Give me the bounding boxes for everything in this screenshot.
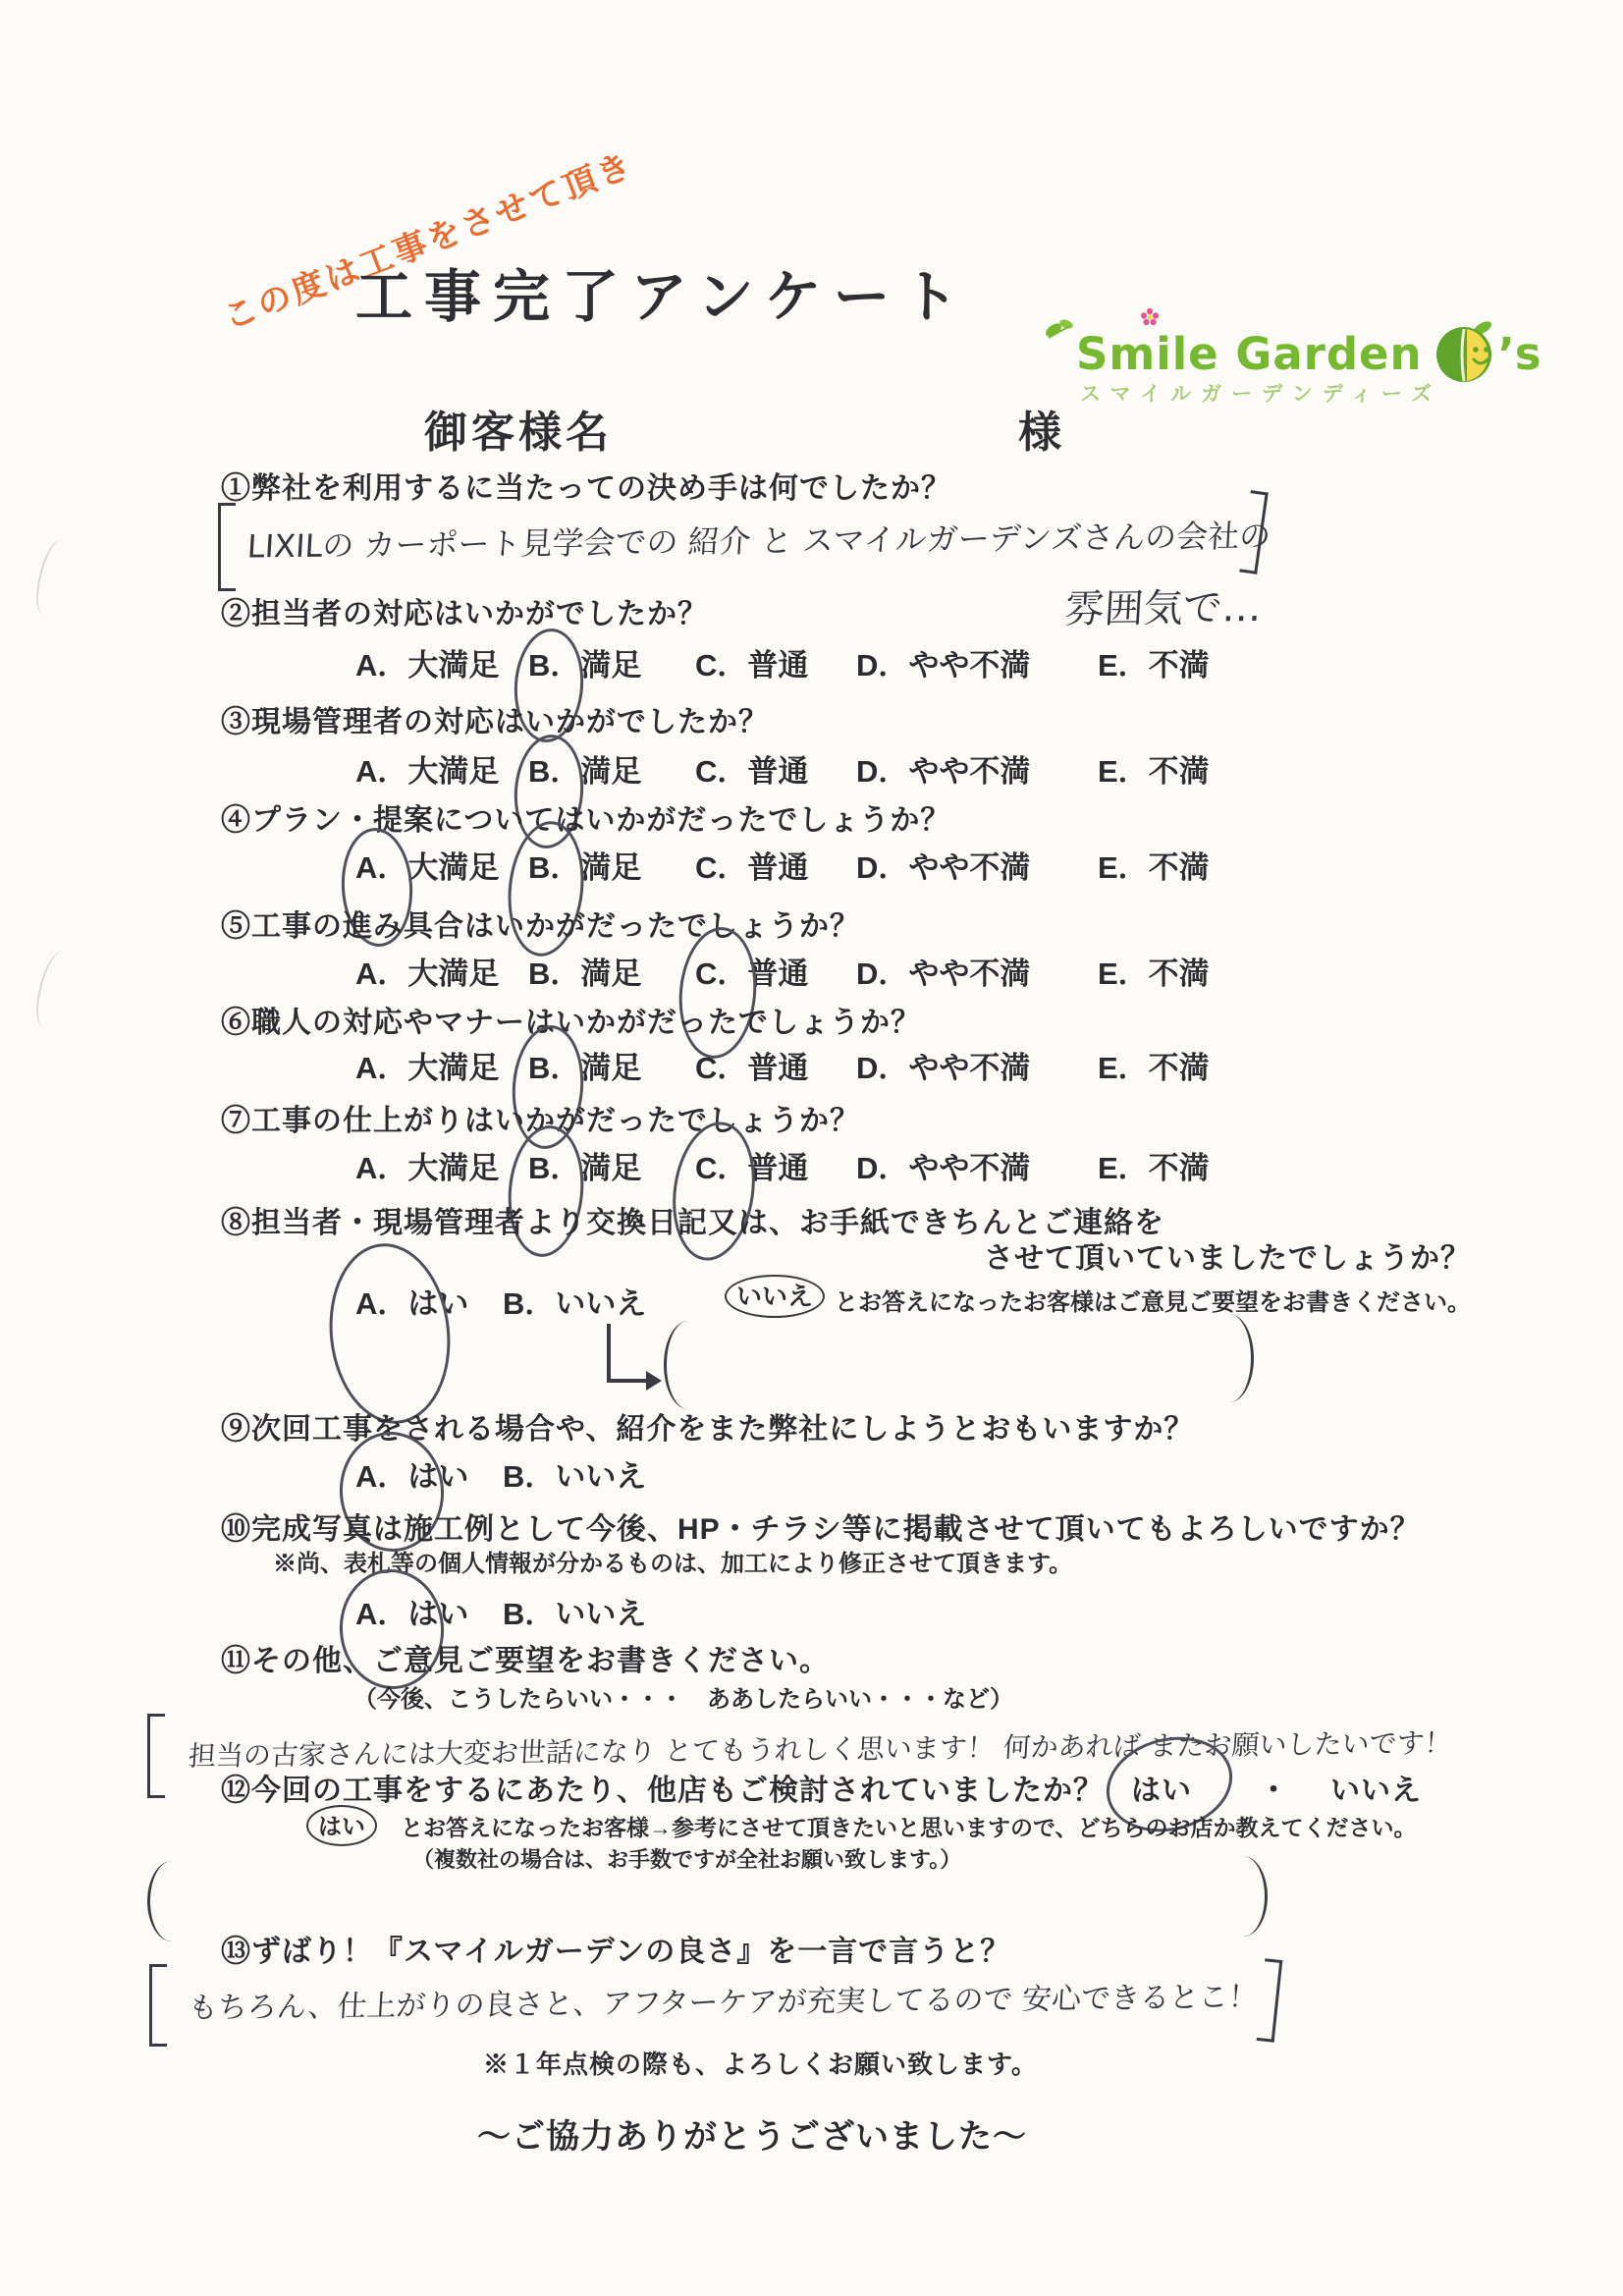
q12-separator: ・ bbox=[1259, 1766, 1289, 1809]
footer-thanks: ～ご協力ありがとうございました～ bbox=[477, 2109, 1027, 2158]
q3-option-e: E．不満 bbox=[1098, 746, 1210, 791]
q2-option-d: D．やや不満 bbox=[856, 640, 1030, 684]
q12-option-no: いいえ bbox=[1330, 1766, 1422, 1809]
q8-circle-a bbox=[321, 1237, 460, 1430]
q4-option-e: E．不満 bbox=[1098, 843, 1210, 887]
q12-open-paren bbox=[147, 1861, 172, 1941]
q1-open-bracket bbox=[218, 503, 236, 591]
q8-close-paren bbox=[1229, 1314, 1254, 1402]
q6-option-c: C．普通 bbox=[695, 1043, 808, 1087]
question-2-text: ②担当者の対応はいかがでしたか？ bbox=[221, 589, 708, 632]
q12-close-paren bbox=[1243, 1856, 1268, 1937]
question-8-text-line2: させて頂いていましたでしょうか？ bbox=[984, 1233, 1471, 1277]
flower-icon bbox=[1141, 308, 1159, 326]
q2-option-e: E．不満 bbox=[1098, 640, 1210, 684]
footer-inspection-note: ※１年点検の際も、よろしくお願い致します。 bbox=[483, 2045, 1038, 2081]
q4-option-d: D．やや不満 bbox=[856, 843, 1030, 887]
question-13-text: ⑬ずばり！『スマイルガーデンの良さ』を一言で言うと？ bbox=[221, 1927, 1010, 1970]
question-11-text: ⑪その他、ご意見ご要望をお書きください。 bbox=[221, 1636, 830, 1679]
question-10-text: ⑩完成写真は施工例として今後、HP・チラシ等に掲載させて頂いてもよろしいですか？ bbox=[221, 1504, 1421, 1548]
question-5-text: ⑤工事の進み具合はいかがだったでしょうか？ bbox=[221, 902, 860, 945]
leaf-icon bbox=[1043, 316, 1076, 350]
question-12-text: ⑫今回の工事をするにあたり、他店もご検討されていましたか？ bbox=[221, 1766, 1104, 1809]
q6-option-d: D．やや不満 bbox=[856, 1043, 1030, 1087]
question-3-text: ③現場管理者の対応はいかがでしたか？ bbox=[221, 697, 769, 740]
q3-option-a: A．大満足 bbox=[355, 746, 499, 791]
page-title: 工事完了アンケート bbox=[355, 250, 971, 333]
survey-page: この度は工事をさせて頂き 工事完了アンケート Smile Garden ’s ス… bbox=[0, 0, 1623, 2296]
q11-note: （今後、こうしたらいい・・・ ああしたらいい・・・など） bbox=[353, 1679, 1013, 1714]
fruit-smiley-icon bbox=[1434, 316, 1498, 385]
company-logo-katakana: スマイルガーデンディーズ bbox=[1080, 378, 1441, 408]
logo-wordmark: Smile Garden bbox=[1076, 328, 1423, 380]
q5-option-e: E．不満 bbox=[1098, 949, 1210, 993]
q13-handwritten-answer: もちろん、仕上がりの良さと、アフターケアが充実してるので 安心できるとこ！ bbox=[188, 1972, 1260, 2026]
q2-option-c: C．普通 bbox=[695, 640, 808, 684]
q8-note: とお答えになったお客様はご意見ご要望をお書きください。 bbox=[835, 1283, 1471, 1317]
q4-option-c: C．普通 bbox=[695, 843, 808, 887]
q8-option-b: B．いいえ bbox=[503, 1279, 646, 1323]
question-4-text: ④プラン・提案についてはいかがだったでしょうか？ bbox=[221, 795, 950, 839]
q13-close-bracket bbox=[1257, 1958, 1283, 2042]
q7-option-e: E．不満 bbox=[1098, 1143, 1210, 1187]
q8-arrow-icon bbox=[607, 1324, 654, 1383]
q12-note2: （複数社の場合は、お手数ですが全社お願い致します。） bbox=[412, 1843, 961, 1874]
q5-option-d: D．やや不満 bbox=[856, 949, 1030, 993]
company-logo: Smile Garden ’s bbox=[1043, 316, 1542, 385]
q6-option-e: E．不満 bbox=[1098, 1043, 1210, 1087]
question-1-text: ①弊社を利用するに当たっての決め手は何でしたか？ bbox=[221, 464, 951, 507]
q6-option-a: A．大満足 bbox=[355, 1043, 499, 1087]
q12-note1: とお答えになったお客様→参考にさせて頂きたいと思いますので、どちらのお店か教えて… bbox=[401, 1810, 1417, 1842]
q5-option-b: B．満足 bbox=[528, 949, 641, 993]
sama-label: 様 bbox=[1018, 397, 1065, 460]
scan-artifact bbox=[30, 949, 77, 1031]
q2-option-a: A．大満足 bbox=[355, 640, 499, 684]
q12-yes-oval: はい bbox=[306, 1805, 377, 1846]
scan-artifact bbox=[30, 536, 77, 619]
q10-option-b: B．いいえ bbox=[503, 1589, 646, 1633]
logo-suffix: ’s bbox=[1498, 328, 1542, 380]
q5-option-a: A．大満足 bbox=[355, 949, 499, 993]
q7-option-d: D．やや不満 bbox=[856, 1143, 1030, 1187]
q8-open-paren bbox=[664, 1321, 688, 1409]
q11-open-bracket bbox=[147, 1714, 165, 1798]
q13-open-bracket bbox=[149, 1964, 167, 2047]
q8-no-oval: いいえ bbox=[725, 1275, 825, 1318]
question-6-text: ⑥職人の対応やマナーはいかがだったでしょうか？ bbox=[221, 998, 921, 1041]
q1-handwritten-answer: LIXILの カーポート見学会での 紹介 と スマイルガーデンズさんの会社の bbox=[246, 512, 1272, 568]
q7-option-a: A．大満足 bbox=[355, 1143, 499, 1187]
customer-name-label: 御客様名 bbox=[424, 397, 613, 460]
q3-option-c: C．普通 bbox=[695, 746, 808, 791]
q3-option-d: D．やや不満 bbox=[856, 746, 1030, 791]
q9-option-b: B．いいえ bbox=[503, 1451, 646, 1496]
q1-handwritten-answer-2: 雰囲気で… bbox=[1063, 576, 1263, 634]
